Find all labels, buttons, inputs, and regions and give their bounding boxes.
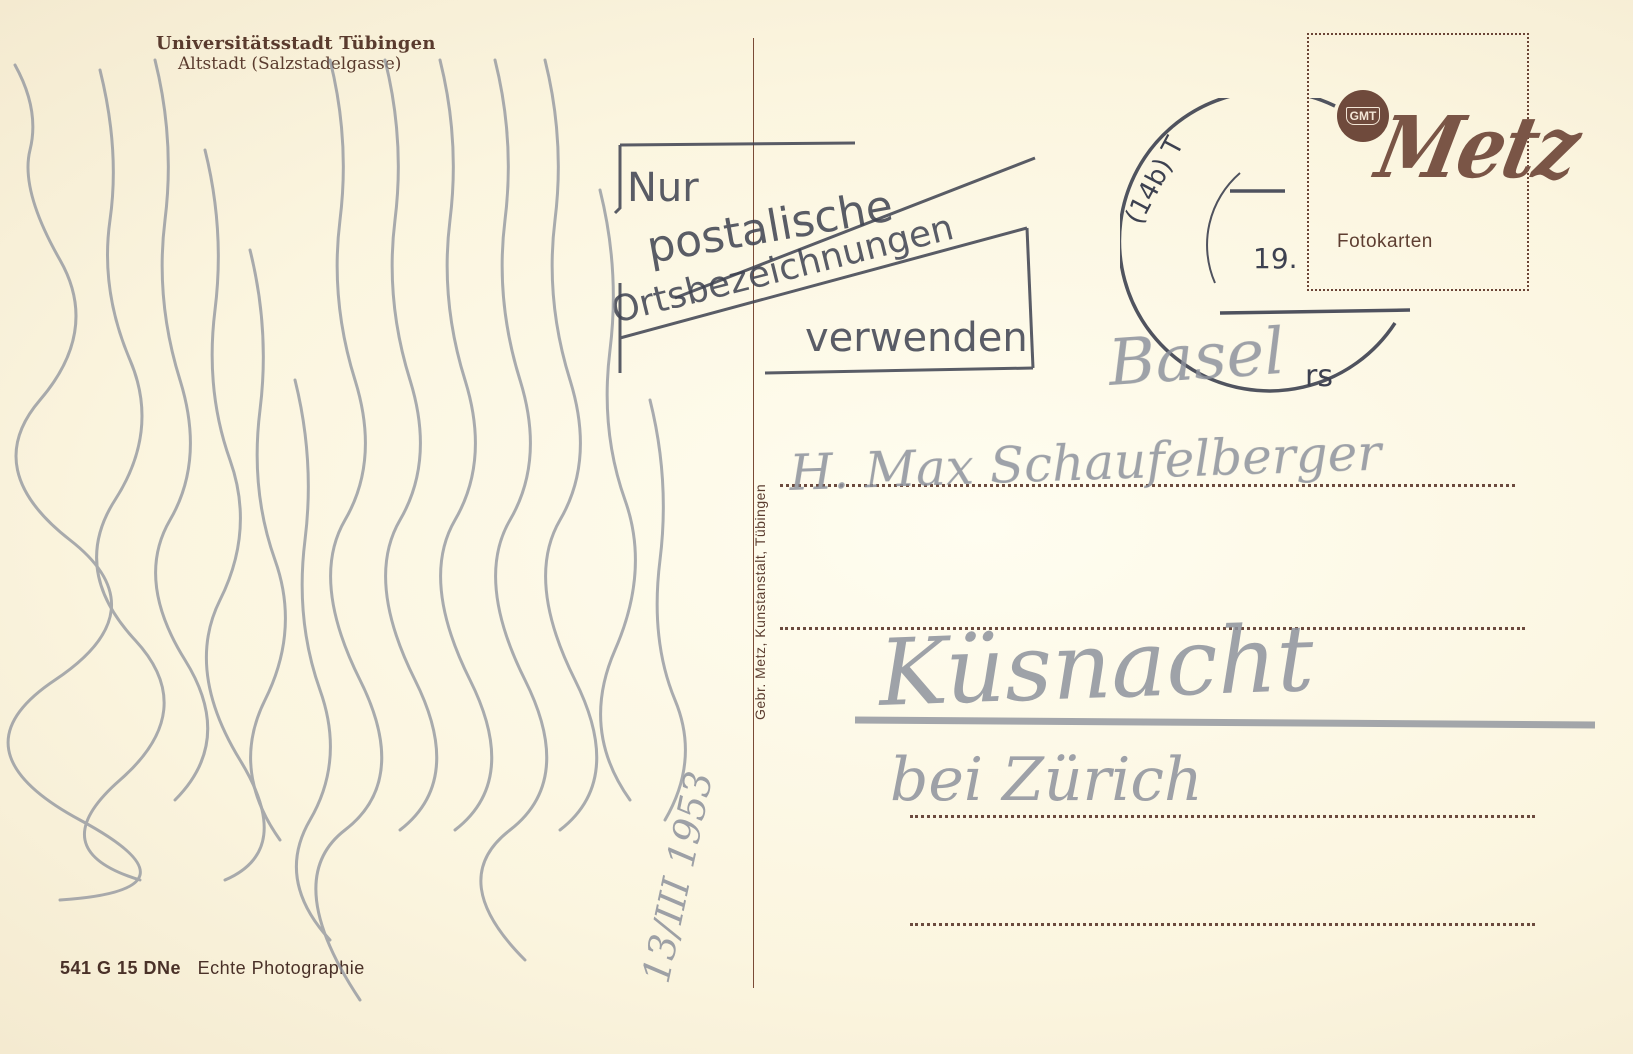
postmark-bottom: rs	[1305, 359, 1333, 394]
underline-stroke	[855, 720, 1595, 725]
printed-title-block: Universitätsstadt Tübingen Altstadt (Sal…	[156, 34, 436, 74]
cancellation-frame-icon: Nur postalische Ortsbezeichnungen verwen…	[615, 133, 1045, 383]
postmark-circle-icon: (14b) T 19. rs	[1120, 98, 1420, 418]
cancel-line1: Nur	[627, 165, 699, 211]
card-subtitle: Altstadt (Salzstadelgasse)	[178, 55, 436, 75]
card-title: Universitätsstadt Tübingen	[156, 34, 436, 55]
message-date: 13/III 1953	[634, 767, 722, 986]
printer-credit: Gebr. Metz, Kunstanstalt, Tübingen	[752, 484, 768, 720]
address-line-1	[780, 484, 1515, 487]
address-line-4	[910, 923, 1535, 926]
postmark: (14b) T 19. rs	[1120, 98, 1420, 423]
address-line-3	[910, 815, 1535, 818]
address-town: Küsnacht	[875, 605, 1317, 727]
series-label: Echte Photographie	[198, 958, 365, 978]
address-region: bei Zürich	[890, 745, 1203, 815]
postmark-date: 19.	[1253, 242, 1298, 275]
message-handwriting	[8, 60, 685, 1000]
cancel-line4: verwenden	[805, 315, 1028, 361]
postcard: Universitätsstadt Tübingen Altstadt (Sal…	[0, 0, 1633, 1054]
series-code: 541 G 15 DNe	[60, 958, 181, 978]
series-code-line: 541 G 15 DNe Echte Photographie	[60, 958, 365, 979]
cancellation-slogan: Nur postalische Ortsbezeichnungen verwen…	[615, 133, 1045, 383]
address-line-2	[780, 627, 1525, 630]
address-recipient: H. Max Schaufelberger	[787, 423, 1385, 502]
